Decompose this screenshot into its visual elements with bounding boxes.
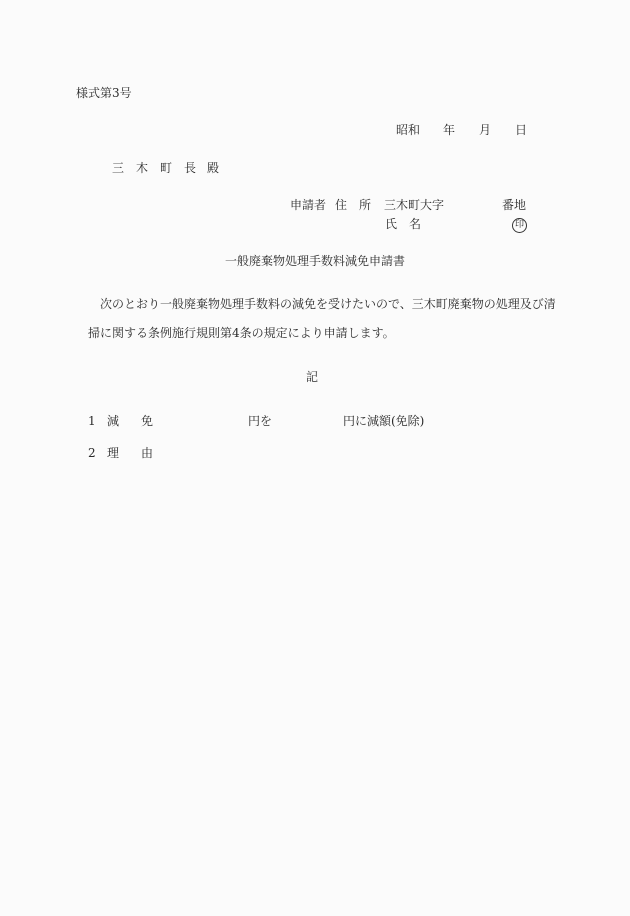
date-era: 昭和 xyxy=(396,123,420,137)
ki-heading: 記 xyxy=(306,370,318,384)
item-amount-to: 円に減額(免除) xyxy=(343,414,424,428)
address-suffix: 番地 xyxy=(502,198,526,212)
date-month-label: 月 xyxy=(479,123,491,137)
seal-icon: 印 xyxy=(512,216,527,233)
applicant-label: 申請者 xyxy=(290,198,326,212)
item-label: 由 xyxy=(141,446,153,460)
date-day-label: 日 xyxy=(515,123,527,137)
document-title: 一般廃棄物処理手数料減免申請書 xyxy=(225,254,405,268)
date-year-label: 年 xyxy=(443,123,455,137)
addressee-char: 三 xyxy=(112,161,124,175)
addressee-char: 木 xyxy=(136,161,148,175)
item-amount-from: 円を xyxy=(248,414,272,428)
addressee-char: 殿 xyxy=(207,161,219,175)
addressee-char: 町 xyxy=(160,161,172,175)
body-line-1: 次のとおり一般廃棄物処理手数料の減免を受けたいので、三木町廃棄物の処理及び清 xyxy=(100,297,556,311)
item-label: 減 xyxy=(107,414,119,428)
name-label: 氏 名 xyxy=(385,217,421,231)
address-value: 三木町大字 xyxy=(384,198,444,212)
body-line-2: 掃に関する条例施行規則第4条の規定により申請します。 xyxy=(88,326,395,340)
item-label: 免 xyxy=(141,414,153,428)
addressee-char: 長 xyxy=(184,161,196,175)
item-number: 2 xyxy=(88,446,96,460)
item-number: 1 xyxy=(88,414,96,428)
address-label: 住 所 xyxy=(335,198,371,212)
form-number: 様式第3号 xyxy=(76,86,132,100)
item-label: 理 xyxy=(107,446,119,460)
